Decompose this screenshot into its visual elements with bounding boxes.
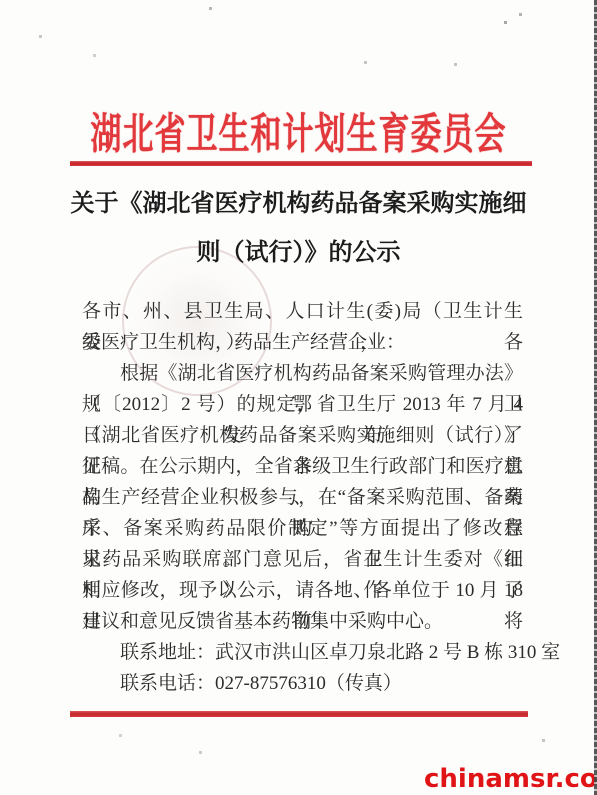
body-line: 联系地址：武汉市洪山区卓刀泉北路 2 号 B 栋 310 室 — [82, 637, 523, 668]
body-line: 相应修改，现予以公示，请各地、各单位于 10 月 18 日前将 — [82, 575, 523, 606]
body-line: 联系电话：027-87576310（传真） — [82, 668, 523, 699]
body-line: 求药品采购联席部门意见后，省卫生计生委对《细则》作了 — [82, 544, 523, 575]
letterhead-title: 湖北省卫生和计划生育委员会 — [0, 99, 597, 161]
document-title: 关于《湖北省医疗机构药品备案采购实施细 则（试行）》的公示 — [30, 180, 567, 278]
scanned-document-page: 湖北省卫生和计划生育委员会 关于《湖北省医疗机构药品备案采购实施细 则（试行）》… — [0, 0, 597, 795]
document-title-line-1: 关于《湖北省医疗机构药品备案采购实施细 — [30, 180, 567, 229]
body-line: 《湖北省医疗机构药品备案采购实施细则（试行）》征求意 — [82, 420, 523, 451]
body-line: 规〔2012〕2 号）的规定，省卫生厅 2013 年 7 月 4 日发布了 — [82, 389, 523, 420]
body-line: 品生产经营企业积极参与，在“备案采购范围、备案采购程 — [82, 482, 523, 513]
document-body: 各市、州、县卫生局、人口计生(委)局（卫生计生委），各级医疗卫生机构，药品生产经… — [82, 296, 523, 699]
footer-divider-line — [70, 711, 528, 717]
document-title-line-2: 则（试行）》的公示 — [30, 229, 567, 278]
body-line: 根据《湖北省医疗机构药品备案采购管理办法》（鄂卫 — [82, 358, 523, 389]
body-line: 序、备案采购药品限价制定”等方面提出了修改意见。在征 — [82, 513, 523, 544]
body-line: 各市、州、县卫生局、人口计生(委)局（卫生计生委），各 — [82, 296, 523, 327]
letterhead-divider-line — [70, 161, 532, 166]
site-watermark: chinamsr.com — [424, 766, 594, 792]
body-line: 见稿。在公示期内，全省各级卫生行政部门和医疗机构、药 — [82, 451, 523, 482]
scan-noise-specks — [0, 0, 1, 1]
